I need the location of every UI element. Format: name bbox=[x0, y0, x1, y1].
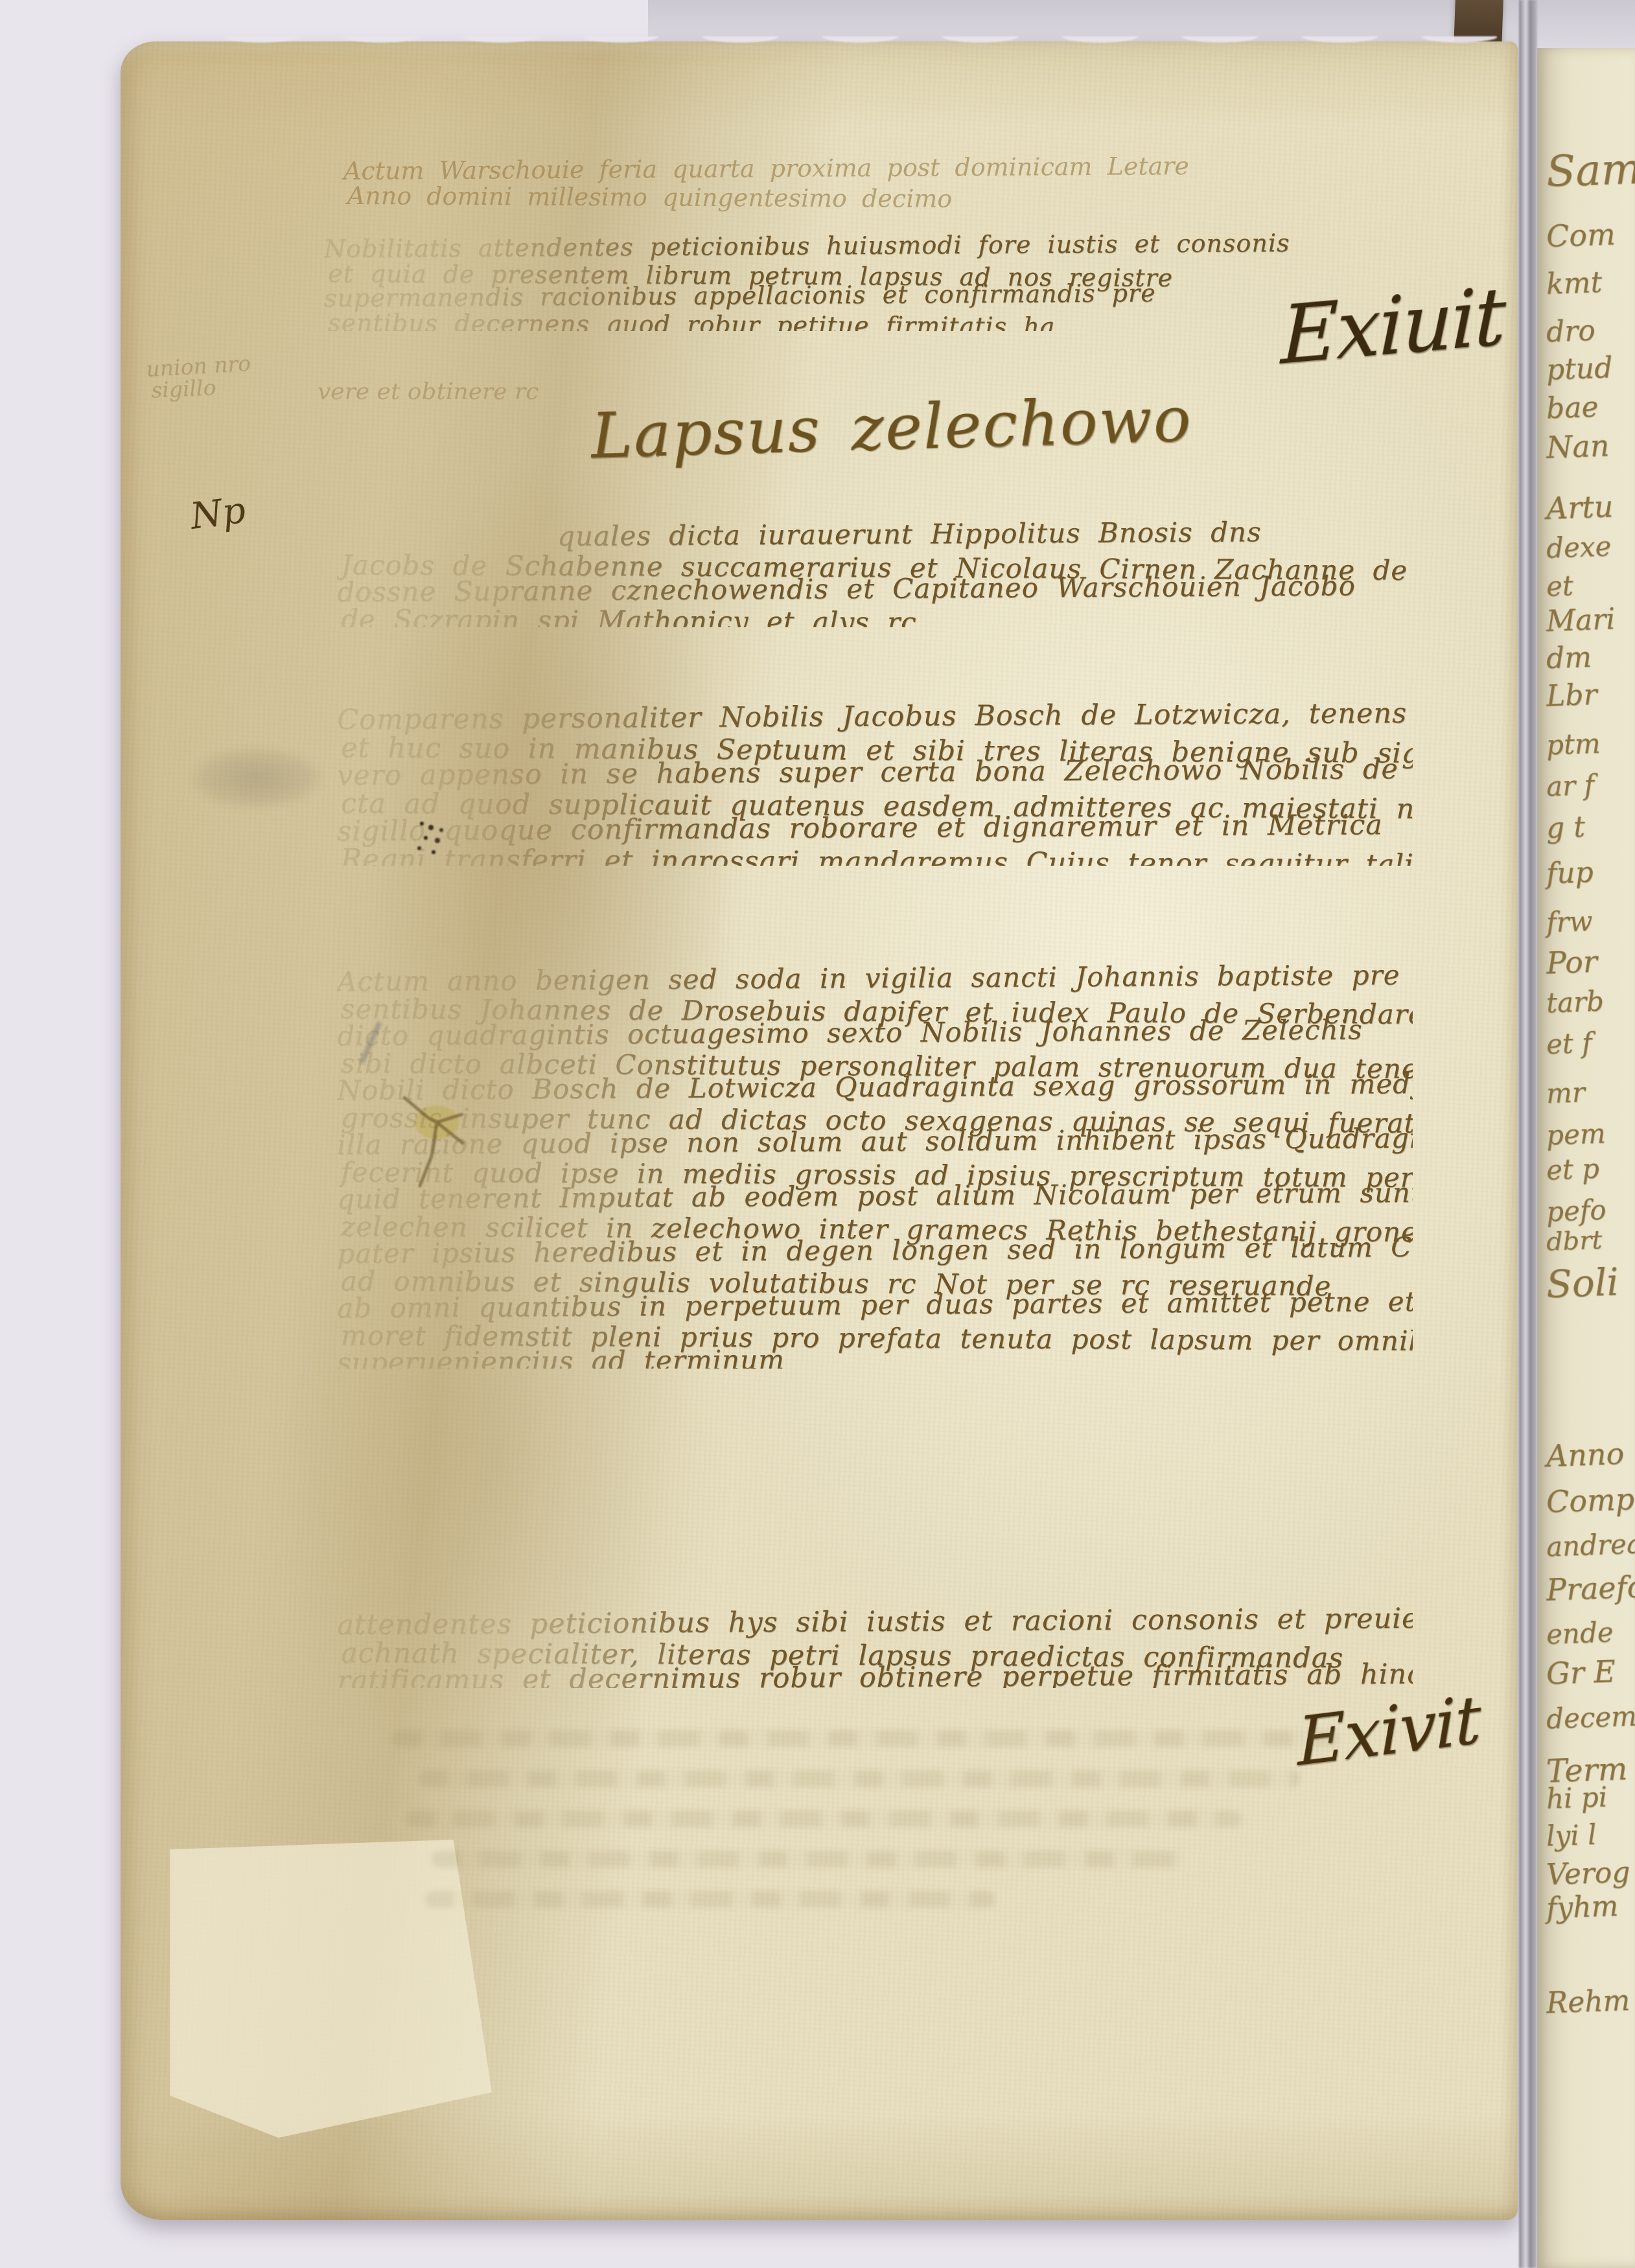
margin-mark: Np bbox=[188, 489, 248, 538]
facing-page-line-fragment: dm bbox=[1546, 641, 1592, 675]
manuscript-line: dicto quadragintis octuagesimo sexto Nob… bbox=[337, 1008, 1413, 1042]
showthrough-line bbox=[406, 1811, 1242, 1827]
facing-page-line-fragment: Compa bbox=[1546, 1481, 1635, 1520]
facing-page-line-fragment: kmt bbox=[1546, 266, 1603, 301]
facing-page-line-fragment: ptm bbox=[1546, 728, 1601, 761]
showthrough-line bbox=[393, 1730, 1339, 1747]
paragraph-2: Comparens personaliter Nobilis Jacobus B… bbox=[337, 699, 1413, 866]
manuscript-line: sentibus decernens quod robur petitue fi… bbox=[328, 307, 1391, 337]
manuscript-line: ratificamus et decernimus robur obtinere… bbox=[337, 1654, 1413, 1688]
manuscript-line: sigillo quoque confirmandas roborare et … bbox=[337, 804, 1413, 838]
facing-page-line-fragment: bae bbox=[1546, 391, 1599, 426]
preamble-tail: vere et obtinere rc bbox=[318, 378, 539, 405]
manuscript-line: Comparens personaliter Nobilis Jacobus B… bbox=[337, 692, 1413, 726]
facing-page-line-fragment: mr bbox=[1546, 1076, 1586, 1109]
manuscript-line: Actum anno benigen sed soda in vigilia s… bbox=[337, 954, 1413, 988]
margin-note-line: sigillo bbox=[150, 370, 256, 397]
facing-page-line-fragment: pem bbox=[1546, 1117, 1606, 1151]
manuscript-line: attendentes peticionibus hys sibi iustis… bbox=[337, 1598, 1413, 1632]
showthrough-initial bbox=[166, 736, 347, 820]
showthrough-line bbox=[432, 1851, 1183, 1868]
facing-page-line-fragment: et f bbox=[1546, 1027, 1592, 1060]
manuscript-line: superueniencius ad terminum bbox=[337, 1335, 1413, 1369]
manuscript-line: Regni transferri et ingrossari mandaremu… bbox=[341, 838, 1417, 872]
facing-page-line-fragment: Praefo bbox=[1546, 1569, 1635, 1607]
facing-page-line-fragment: Rehm bbox=[1546, 1984, 1630, 2020]
manuscript-line: illa ratione quod ipse non solum aut sol… bbox=[337, 1117, 1413, 1151]
facing-page-line-fragment: Artu bbox=[1546, 489, 1614, 526]
paragraph-3: Actum anno benigen sed soda in vigilia s… bbox=[337, 960, 1413, 1369]
facing-page-line-fragment: frw bbox=[1546, 905, 1593, 938]
facing-page-line-fragment: ptud bbox=[1546, 351, 1613, 387]
manuscript-line: Nobilitatis attendentes peticionibus hui… bbox=[324, 226, 1387, 257]
header-line: Actum Warschouie feria quarta proxima po… bbox=[343, 145, 1354, 176]
manuscript-line: pater ipsius heredibus et in degen longe… bbox=[337, 1226, 1413, 1260]
manuscript-line: vero appenso in se habens super certa bo… bbox=[337, 748, 1413, 782]
binding-edge bbox=[1519, 0, 1537, 2268]
facing-page-line-fragment: ende bbox=[1546, 1616, 1614, 1650]
preamble-paragraph: Nobilitatis attendentes peticionibus hui… bbox=[324, 233, 1387, 331]
exiuit-annotation-top: Exiuit bbox=[1280, 270, 1505, 382]
facing-page-line-fragment: g t bbox=[1546, 811, 1586, 845]
manuscript-line: dossne Supranne cznechowendis et Capitan… bbox=[337, 566, 1406, 600]
facing-page-line-fragment: Nan bbox=[1546, 428, 1610, 465]
margin-note: union nrosigillo bbox=[145, 349, 252, 397]
facing-page-line-fragment: lyi l bbox=[1546, 1819, 1597, 1853]
facing-page-line-fragment: andrea bbox=[1546, 1527, 1635, 1562]
manuscript-line: ab omni quantibus in perpetuum per duas … bbox=[337, 1280, 1413, 1314]
facing-page-line-fragment: Anno bbox=[1546, 1436, 1625, 1474]
facing-page-line-fragment: pefo bbox=[1546, 1194, 1606, 1227]
facing-page: SamComkmtdroptudbaeNanArtudexeetMaridmLb… bbox=[1537, 48, 1635, 2268]
facing-page-line-fragment: dbrt bbox=[1546, 1225, 1603, 1257]
deckled-top-edge bbox=[201, 36, 1497, 52]
facing-page-line-fragment: Sam bbox=[1546, 143, 1635, 196]
facing-page-line-fragment: ar f bbox=[1546, 769, 1595, 803]
facing-page-line-fragment: Por bbox=[1546, 944, 1598, 981]
facing-page-line-fragment: et p bbox=[1546, 1153, 1600, 1186]
manuscript-line: de Sczrapin spi Mathonicy et alys rc bbox=[341, 600, 1410, 633]
facing-page-line-fragment: decem bbox=[1546, 1700, 1635, 1735]
facing-page-line-fragment: et bbox=[1546, 570, 1573, 602]
manuscript-line: quid tenerent Imputat ab eodem post aliu… bbox=[337, 1172, 1413, 1205]
facing-page-line-fragment: Gr E bbox=[1546, 1654, 1616, 1691]
showthrough-line bbox=[419, 1770, 1300, 1787]
paragraph-4: attendentes peticionibus hys sibi iustis… bbox=[337, 1604, 1413, 1688]
facing-page-line-fragment: dro bbox=[1546, 314, 1595, 349]
manuscript-page: Actum Warschouie feria quarta proxima po… bbox=[121, 41, 1518, 2220]
repair-patch bbox=[159, 1830, 509, 2154]
showthrough-line bbox=[425, 1891, 995, 1908]
facing-page-line-fragment: Lbr bbox=[1546, 678, 1597, 713]
facing-page-line-fragment: dexe bbox=[1546, 530, 1612, 564]
paragraph-1: quales dicta iurauerunt Hippolitus Bnosi… bbox=[337, 518, 1406, 627]
manuscript-scan: Actum Warschouie feria quarta proxima po… bbox=[0, 0, 1635, 2268]
entry-title: Lapsus zelechowo bbox=[590, 383, 1193, 472]
facing-page-line-fragment: hi pi bbox=[1546, 1781, 1608, 1814]
facing-page-line-fragment: fup bbox=[1546, 856, 1594, 891]
facing-page-line-fragment: Soli bbox=[1546, 1260, 1619, 1306]
facing-page-line-fragment: Com bbox=[1546, 216, 1616, 254]
header-line: Anno domini millesimo quingentesimo deci… bbox=[347, 176, 1358, 206]
manuscript-line: Nobili dicto Bosch de Lotwicza Quadragin… bbox=[337, 1063, 1413, 1096]
header-block: Actum Warschouie feria quarta proxima po… bbox=[343, 152, 1354, 201]
facing-page-line-fragment: Mari bbox=[1546, 603, 1616, 638]
facing-page-line-fragment: Verog bbox=[1546, 1856, 1630, 1892]
manuscript-line: quales dicta iurauerunt Hippolitus Bnosi… bbox=[337, 512, 1406, 546]
facing-page-line-fragment: tarb bbox=[1546, 985, 1605, 1019]
facing-page-line-fragment: fyhm bbox=[1546, 1890, 1619, 1925]
